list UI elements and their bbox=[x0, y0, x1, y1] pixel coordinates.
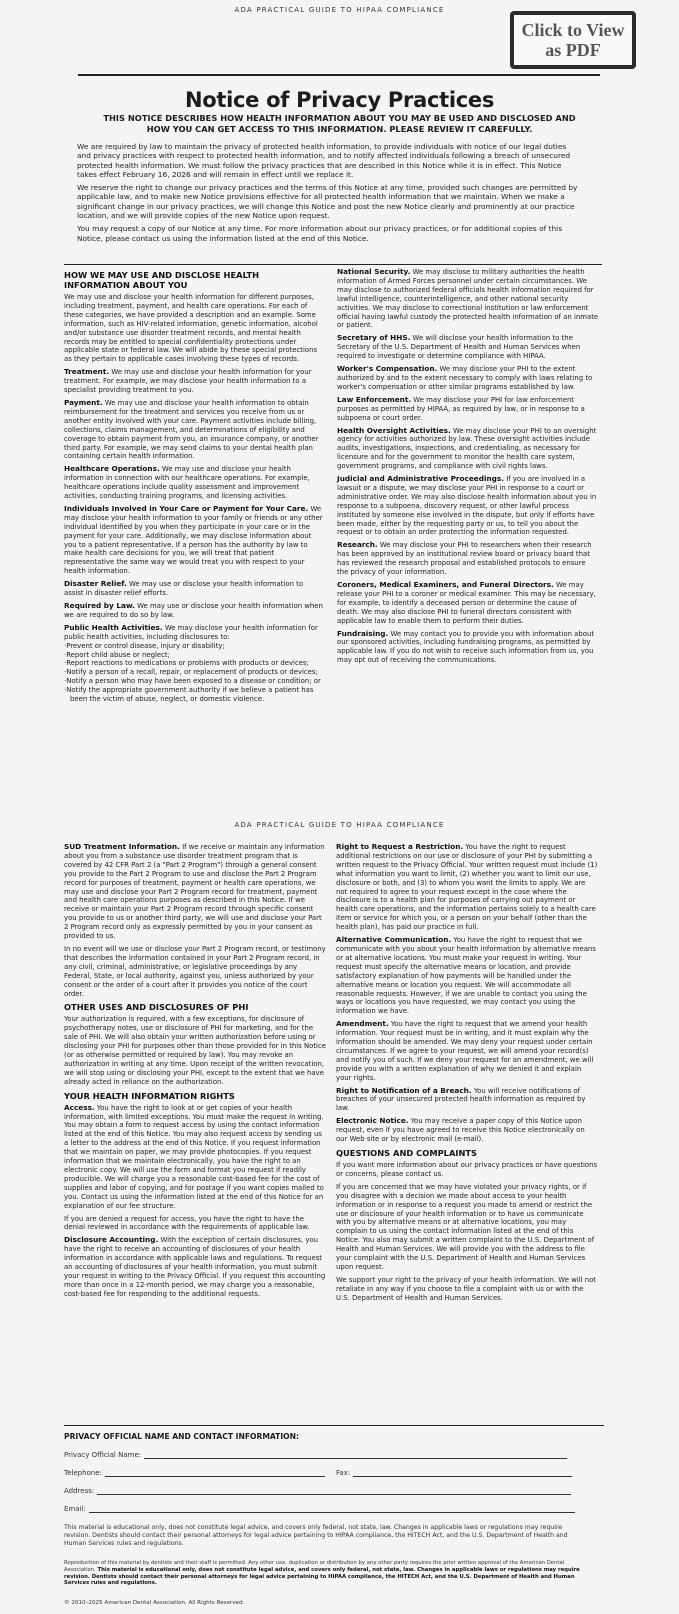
label: Right to Notification of a Breach. bbox=[336, 1086, 472, 1095]
pdf-button-line2: as PDF bbox=[545, 40, 601, 60]
paragraph-research: Research. We may disclose your PHI to re… bbox=[337, 541, 599, 577]
label: Required by Law. bbox=[64, 601, 135, 610]
page-title: Notice of Privacy Practices bbox=[0, 88, 679, 112]
label: Judicial and Administrative Proceedings. bbox=[337, 474, 504, 483]
list-item: Notify the appropriate government author… bbox=[64, 686, 324, 704]
label: Health Oversight Activities. bbox=[337, 426, 451, 435]
label: Research. bbox=[337, 540, 378, 549]
label: Amendment. bbox=[336, 1019, 389, 1028]
paragraph-oversight: Health Oversight Activities. We may disc… bbox=[337, 427, 599, 472]
copyright: © 2010–2025 American Dental Association.… bbox=[64, 1600, 244, 1606]
paragraph-hhs: Secretary of HHS. We will disclose your … bbox=[337, 334, 599, 361]
fax-input-line[interactable] bbox=[353, 1468, 572, 1477]
text: We may disclose your health information … bbox=[64, 505, 323, 575]
label: Worker's Compensation. bbox=[337, 364, 437, 373]
paragraph-sud: SUD Treatment Information. If we receive… bbox=[64, 843, 326, 941]
label: Access. bbox=[64, 1103, 95, 1112]
label: Treatment. bbox=[64, 367, 109, 376]
paragraph-operations: Healthcare Operations. We may use and di… bbox=[64, 465, 324, 501]
paragraph-other-uses: Your authorization is required, with a f… bbox=[64, 1015, 326, 1086]
page1-left-column: HOW WE MAY USE AND DISCLOSE HEALTH INFOR… bbox=[64, 268, 324, 708]
list-item: Notify a person of a recall, repair, or … bbox=[64, 668, 324, 677]
paragraph-payment: Payment. We may use and disclose your he… bbox=[64, 399, 324, 461]
telephone-input-line[interactable] bbox=[105, 1468, 325, 1477]
label: Fundraising. bbox=[337, 629, 388, 638]
label: Public Health Activities. bbox=[64, 623, 163, 632]
label: Law Enforcement. bbox=[337, 395, 411, 404]
view-as-pdf-button[interactable]: Click to View as PDF bbox=[510, 11, 636, 69]
intro-section: We are required by law to maintain the p… bbox=[77, 142, 582, 247]
address-field[interactable]: Address: bbox=[64, 1486, 571, 1495]
paragraph-required: Required by Law. We may use or disclose … bbox=[64, 602, 324, 620]
label: Healthcare Operations. bbox=[64, 464, 160, 473]
running-head-middle: ADA PRACTICAL GUIDE TO HIPAA COMPLIANCE bbox=[0, 821, 679, 829]
list-item: Report reactions to medications or probl… bbox=[64, 659, 324, 668]
page2-right-column: Right to Request a Restriction. You have… bbox=[336, 843, 598, 1307]
paragraph-fundraising: Fundraising. We may contact you to provi… bbox=[337, 630, 599, 666]
list-item: Prevent or control disease, injury or di… bbox=[64, 642, 324, 651]
paragraph-disaster: Disaster Relief. We may use or disclose … bbox=[64, 580, 324, 598]
text: We may disclose to military authorities … bbox=[337, 268, 598, 329]
text: If you are involved in a lawsuit or a di… bbox=[337, 475, 596, 536]
email-field[interactable]: Email: bbox=[64, 1504, 575, 1513]
label: SUD Treatment Information. bbox=[64, 842, 180, 851]
paragraph-sud-2: In no event will we use or disclose your… bbox=[64, 945, 326, 998]
paragraph-treatment: Treatment. We may use and disclose your … bbox=[64, 368, 324, 395]
label: Alternative Communication. bbox=[336, 935, 451, 944]
reproduction-bold-text: This material is educational only, does … bbox=[64, 1567, 580, 1587]
contact-divider bbox=[64, 1425, 604, 1426]
reproduction-notice: Reproduction of this material by dentist… bbox=[64, 1560, 584, 1587]
intro-divider bbox=[64, 264, 602, 265]
paragraph-alternative: Alternative Communication. You have the … bbox=[336, 936, 598, 1016]
paragraph-public-health: Public Health Activities. We may disclos… bbox=[64, 624, 324, 642]
paragraph-amendment: Amendment. You have the right to request… bbox=[336, 1020, 598, 1082]
contact-heading: PRIVACY OFFICIAL NAME AND CONTACT INFORM… bbox=[64, 1432, 299, 1441]
privacy-official-name-field[interactable]: Privacy Official Name: bbox=[64, 1450, 567, 1459]
label: Secretary of HHS. bbox=[337, 333, 410, 342]
label: Electronic Notice. bbox=[336, 1116, 409, 1125]
label: Coroners, Medical Examiners, and Funeral… bbox=[337, 580, 554, 589]
text: We may use and disclose your health info… bbox=[64, 399, 318, 460]
label: National Security. bbox=[337, 267, 410, 276]
section-heading-questions: QUESTIONS AND COMPLAINTS bbox=[336, 1148, 598, 1158]
name-input-line[interactable] bbox=[144, 1450, 567, 1459]
name-label: Privacy Official Name: bbox=[64, 1451, 141, 1459]
page1-right-column: National Security. We may disclose to mi… bbox=[337, 268, 599, 669]
address-label: Address: bbox=[64, 1487, 94, 1495]
section-heading-rights: YOUR HEALTH INFORMATION RIGHTS bbox=[64, 1091, 326, 1101]
text: You have the right to request that we co… bbox=[336, 936, 596, 1015]
paragraph-individuals: Individuals Involved in Your Care or Pay… bbox=[64, 505, 324, 576]
subtitle-line-1: THIS NOTICE DESCRIBES HOW HEALTH INFORMA… bbox=[100, 113, 579, 124]
disclaimer: This material is educational only, does … bbox=[64, 1524, 584, 1549]
paragraph-access: Access. You have the right to look at or… bbox=[64, 1104, 326, 1211]
top-divider bbox=[78, 74, 600, 76]
text: You have the right to request that we am… bbox=[336, 1020, 593, 1081]
fax-field[interactable]: Fax: bbox=[336, 1468, 572, 1477]
email-input-line[interactable] bbox=[89, 1504, 575, 1513]
paragraph-denied: If you are denied a request for access, … bbox=[64, 1215, 326, 1233]
section-heading-other-uses: OTHER USES AND DISCLOSURES OF PHI bbox=[64, 1002, 326, 1012]
text: If we receive or maintain any informatio… bbox=[64, 843, 325, 940]
list-item: Report child abuse or neglect; bbox=[64, 651, 324, 660]
paragraph-questions-1: If you want more information about our p… bbox=[336, 1161, 598, 1179]
paragraph-workers-comp: Worker's Compensation. We may disclose y… bbox=[337, 365, 599, 392]
label: Disclosure Accounting. bbox=[64, 1235, 158, 1244]
list-item: Notify a person who may have been expose… bbox=[64, 677, 324, 686]
paragraph-electronic: Electronic Notice. You may receive a pap… bbox=[336, 1117, 598, 1144]
section-heading-uses: HOW WE MAY USE AND DISCLOSE HEALTH INFOR… bbox=[64, 270, 324, 290]
public-health-list: Prevent or control disease, injury or di… bbox=[64, 642, 324, 704]
label: Individuals Involved in Your Care or Pay… bbox=[64, 504, 308, 513]
intro-paragraph: We are required by law to maintain the p… bbox=[77, 142, 582, 179]
telephone-field[interactable]: Telephone: bbox=[64, 1468, 325, 1477]
text: You have the right to request additional… bbox=[336, 843, 597, 931]
text: You have the right to look at or get cop… bbox=[64, 1104, 324, 1210]
text: With the exception of certain disclosure… bbox=[64, 1236, 325, 1297]
telephone-label: Telephone: bbox=[64, 1469, 102, 1477]
paragraph-questions-3: We support your right to the privacy of … bbox=[336, 1276, 598, 1303]
paragraph-breach: Right to Notification of a Breach. You w… bbox=[336, 1087, 598, 1114]
page2-left-column: SUD Treatment Information. If we receive… bbox=[64, 843, 326, 1303]
paragraph-coroners: Coroners, Medical Examiners, and Funeral… bbox=[337, 581, 599, 626]
intro-paragraph: We reserve the right to change our priva… bbox=[77, 183, 582, 220]
paragraph-questions-2: If you are concerned that we may have vi… bbox=[336, 1183, 598, 1272]
paragraph-national-security: National Security. We may disclose to mi… bbox=[337, 268, 599, 330]
paragraph-judicial: Judicial and Administrative Proceedings.… bbox=[337, 475, 599, 537]
paragraph-accounting: Disclosure Accounting. With the exceptio… bbox=[64, 1236, 326, 1298]
paragraph-restriction: Right to Request a Restriction. You have… bbox=[336, 843, 598, 932]
page-subtitle: THIS NOTICE DESCRIBES HOW HEALTH INFORMA… bbox=[100, 113, 579, 135]
subtitle-line-2: HOW YOU CAN GET ACCESS TO THIS INFORMATI… bbox=[100, 124, 579, 135]
address-input-line[interactable] bbox=[97, 1486, 571, 1495]
label: Right to Request a Restriction. bbox=[336, 842, 463, 851]
uses-intro: We may use and disclose your health info… bbox=[64, 293, 324, 364]
intro-paragraph: You may request a copy of our Notice at … bbox=[77, 224, 582, 243]
document-page: ADA PRACTICAL GUIDE TO HIPAA COMPLIANCE … bbox=[0, 0, 679, 1614]
paragraph-law-enforcement: Law Enforcement. We may disclose your PH… bbox=[337, 396, 599, 423]
label: Disaster Relief. bbox=[64, 579, 127, 588]
label: Payment. bbox=[64, 398, 103, 407]
email-label: Email: bbox=[64, 1505, 86, 1513]
fax-label: Fax: bbox=[336, 1469, 350, 1477]
pdf-button-line1: Click to View bbox=[522, 20, 625, 40]
